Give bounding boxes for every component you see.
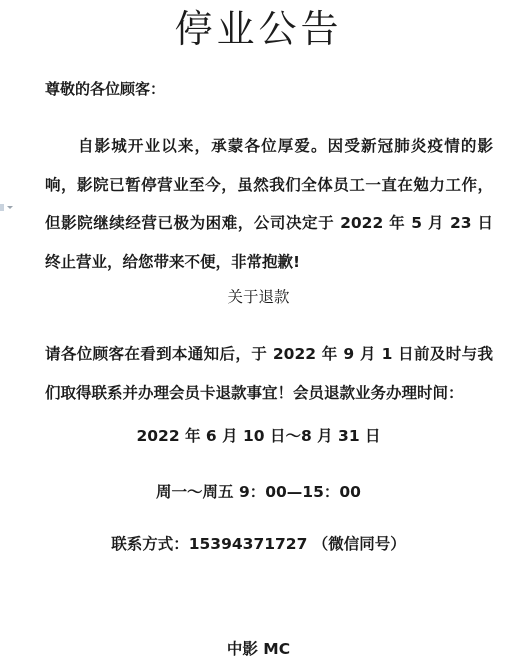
signature: 中影 MC — [0, 638, 517, 660]
contact-info: 联系方式：15394371727 （微信同号） — [0, 533, 517, 555]
refund-paragraph: 请各位顾客在看到本通知后，于 2022 年 9 月 1 日前及时与我们取得联系并… — [45, 335, 493, 412]
notice-title: 停业公告 — [0, 4, 517, 54]
refund-dates: 2022 年 6 月 10 日～8 月 31 日 — [0, 425, 517, 447]
greeting: 尊敬的各位顾客： — [45, 78, 165, 100]
refund-hours: 周一～周五 9：00—15：00 — [0, 481, 517, 503]
marker-box-icon — [0, 204, 4, 211]
paragraph-marker-dropdown-icon[interactable] — [0, 202, 14, 212]
closure-paragraph: 自影城开业以来，承蒙各位厚爱。因受新冠肺炎疫情的影响，影院已暂停营业至今，虽然我… — [45, 127, 493, 281]
chevron-down-icon — [7, 206, 13, 209]
refund-heading: 关于退款 — [0, 286, 517, 308]
